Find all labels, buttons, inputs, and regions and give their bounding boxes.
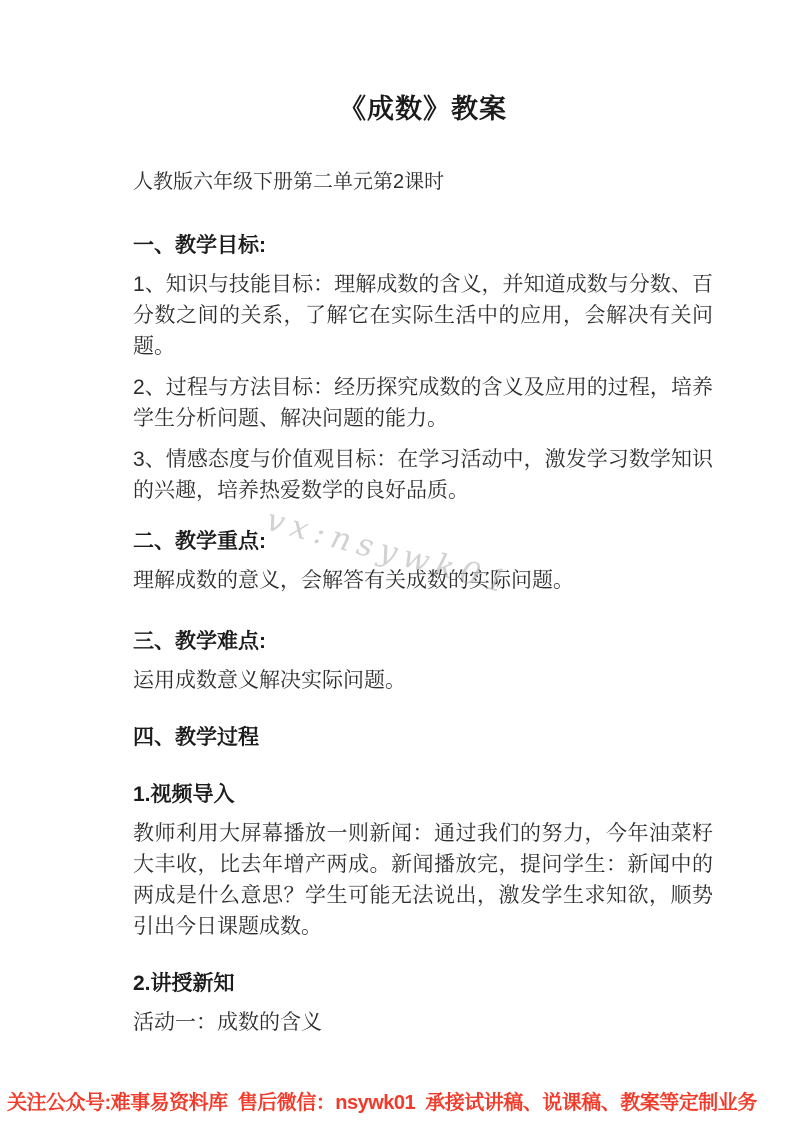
section-heading: 1.视频导入 xyxy=(133,779,713,810)
paragraph: 1、知识与技能目标：理解成数的含义，并知道成数与分数、百分数之间的关系，了解它在… xyxy=(133,269,713,362)
section-teaching-difficulties: 三、教学难点: 运用成数意义解决实际问题。 xyxy=(133,626,713,696)
document-subtitle: 人教版六年级下册第二单元第2课时 xyxy=(133,168,713,196)
document-page: 《成数》教案 人教版六年级下册第二单元第2课时 一、教学目标: 1、知识与技能目… xyxy=(0,0,793,1122)
paragraph: 活动一：成数的含义 xyxy=(133,1007,713,1038)
paragraph: 3、情感态度与价值观目标：在学习活动中，激发学习数学知识的兴趣，培养热爱数学的良… xyxy=(133,444,713,506)
section-teaching-goals: 一、教学目标: 1、知识与技能目标：理解成数的含义，并知道成数与分数、百分数之间… xyxy=(133,230,713,506)
section-new-knowledge: 2.讲授新知 活动一：成数的含义 xyxy=(133,968,713,1038)
section-teaching-process: 四、教学过程 xyxy=(133,722,713,753)
footer-banner: 关注公众号:难事易资料库 售后微信：nsywk01 承接试讲稿、说课稿、教案等定… xyxy=(0,1082,793,1122)
document-content: 《成数》教案 人教版六年级下册第二单元第2课时 一、教学目标: 1、知识与技能目… xyxy=(0,0,793,1038)
paragraph: 教师利用大屏幕播放一则新闻：通过我们的努力，今年油菜籽大丰收，比去年增产两成。新… xyxy=(133,818,713,942)
section-heading: 2.讲授新知 xyxy=(133,968,713,999)
section-heading: 一、教学目标: xyxy=(133,230,713,261)
section-video-intro: 1.视频导入 教师利用大屏幕播放一则新闻：通过我们的努力，今年油菜籽大丰收，比去… xyxy=(133,779,713,942)
section-heading: 二、教学重点: xyxy=(133,526,713,557)
section-teaching-key-points: 二、教学重点: 理解成数的意义，会解答有关成数的实际问题。 xyxy=(133,526,713,596)
footer-promo-text: 关注公众号:难事易资料库 售后微信：nsywk01 承接试讲稿、说课稿、教案等定… xyxy=(7,1092,757,1114)
section-heading: 三、教学难点: xyxy=(133,626,713,657)
section-heading: 四、教学过程 xyxy=(133,722,713,753)
paragraph: 运用成数意义解决实际问题。 xyxy=(133,665,713,696)
paragraph: 理解成数的意义，会解答有关成数的实际问题。 xyxy=(133,565,713,596)
document-title: 《成数》教案 xyxy=(133,92,713,126)
paragraph: 2、过程与方法目标：经历探究成数的含义及应用的过程，培养学生分析问题、解决问题的… xyxy=(133,372,713,434)
